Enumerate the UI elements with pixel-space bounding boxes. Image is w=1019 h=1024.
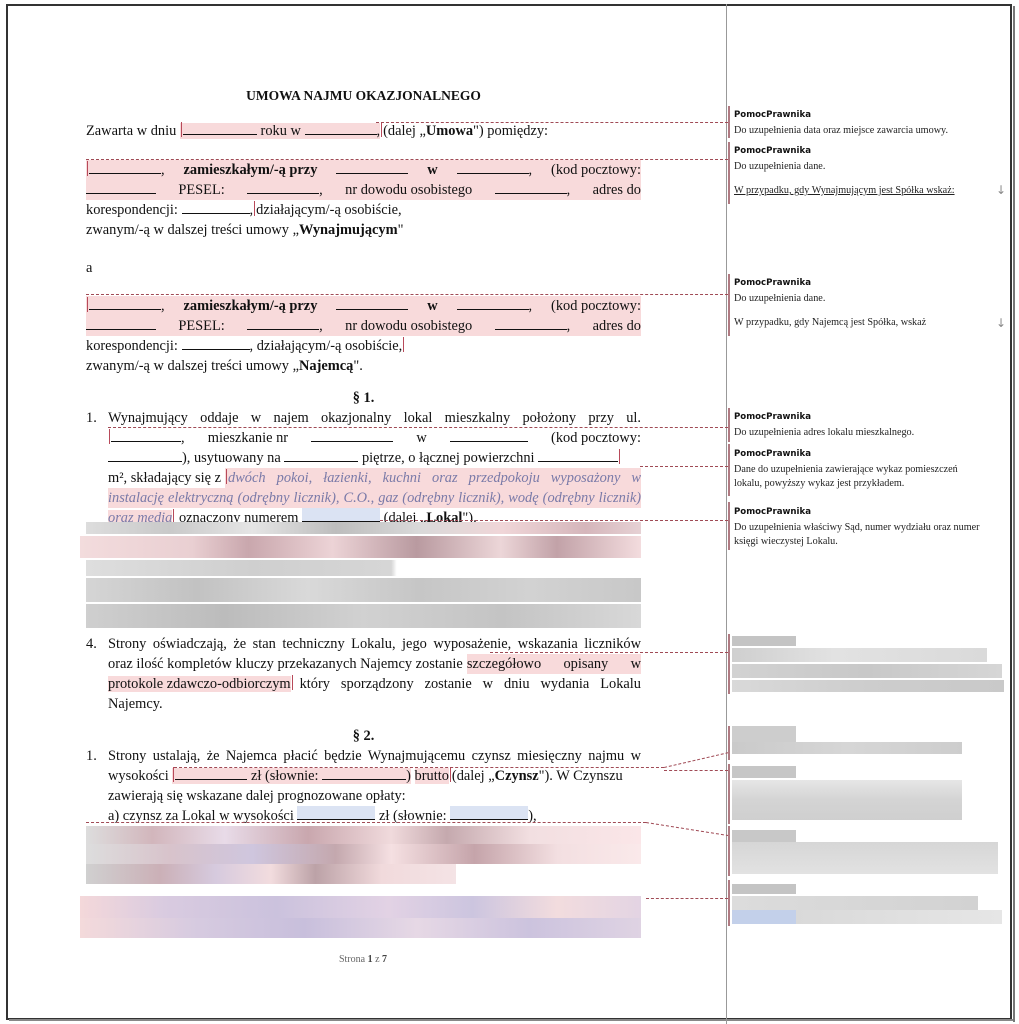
rent-lokal-words-field[interactable] [450,806,528,820]
party2-line4: zwanym/-ą w dalszej treści umowy „Najemc… [86,356,641,376]
comment-margin-divider [726,4,727,1024]
and-separator: a [86,258,641,278]
comment-link-4 [108,427,728,428]
redacted-content [86,522,641,630]
comment-6[interactable]: PomocPrawnika Do uzupełnienia właściwy S… [734,505,1004,549]
comment-link-2 [86,159,728,160]
rent-lokal-amount-field[interactable] [297,806,375,820]
comment-3-note[interactable]: W przypadku, gdy Najemcą jest Spółka, ws… [734,316,1004,330]
unit-number-field[interactable] [302,508,380,522]
party2-line1[interactable]: , zamieszkałym/-ą przy w , (kod pocztowy… [86,296,641,316]
comment-1[interactable]: PomocPrawnika Do uzupełnienia data oraz … [734,108,1004,138]
comment-link-5 [640,466,728,467]
expand-arrow-icon[interactable]: ↓ [996,183,1006,197]
party1-line4: zwanym/-ą w dalszej treści umowy „Wynajm… [86,220,641,240]
page-shadow [9,1019,1015,1021]
comment-link-3 [86,294,728,295]
intro-line: Zawarta w dniu roku w ,(dalej „Umowa") p… [86,121,641,141]
comment-link-6 [380,520,728,521]
document-title: UMOWA NAJMU OKAZJONALNEGO [86,86,641,106]
party1-line1[interactable]: , zamieszkałym/-ą przy w , (kod pocztowy… [86,160,641,180]
page-footer: Strona 1 z 7 [0,954,726,965]
comment-4[interactable]: PomocPrawnika Do uzupełnienia adres loka… [734,410,1004,440]
expand-arrow-icon[interactable]: ↓ [996,316,1006,330]
rooms-list-field[interactable]: dwóch pokoi, łazienki, kuchni oraz przed… [225,468,641,488]
comment-link-1 [376,122,728,123]
rooms-list-field-cont[interactable]: instalację elektryczną (odrębny licznik)… [108,488,641,508]
protocol-field[interactable]: szczegółowo opisany w [467,654,641,674]
comment-2-note[interactable]: W przypadku, gdy Wynajmującym jest Spółk… [734,184,1004,198]
rent-amount-field[interactable]: zł (słownie: ) [172,768,411,784]
comment-link-8 [174,767,664,768]
party1-line2[interactable]: PESEL: , nr dowodu osobistego , adres do [86,180,641,200]
section1-heading: § 1. [86,388,641,408]
comment-3[interactable]: PomocPrawnika Do uzupełnienia dane. W pr… [734,276,1004,330]
party1-line3: korespondencji: ,działającym/-ą osobiści… [86,200,641,220]
redacted-content-2 [86,824,641,940]
comment-link-9 [86,822,646,823]
comment-link-7 [490,652,728,653]
comment-2[interactable]: PomocPrawnika Do uzupełnienia dane. W pr… [734,144,1004,198]
party2-line3: korespondencji: , działającym/-ą osobiśc… [86,336,641,356]
comment-5[interactable]: PomocPrawnika Dane do uzupełnienia zawie… [734,447,984,491]
section2-heading: § 2. [86,726,641,746]
date-place-field[interactable]: roku w , [180,123,380,139]
redacted-comment [732,636,1008,696]
page-shadow-right [1013,6,1015,1022]
comment-link-10 [646,898,728,899]
party2-line2[interactable]: PESEL: , nr dowodu osobistego , adres do [86,316,641,336]
